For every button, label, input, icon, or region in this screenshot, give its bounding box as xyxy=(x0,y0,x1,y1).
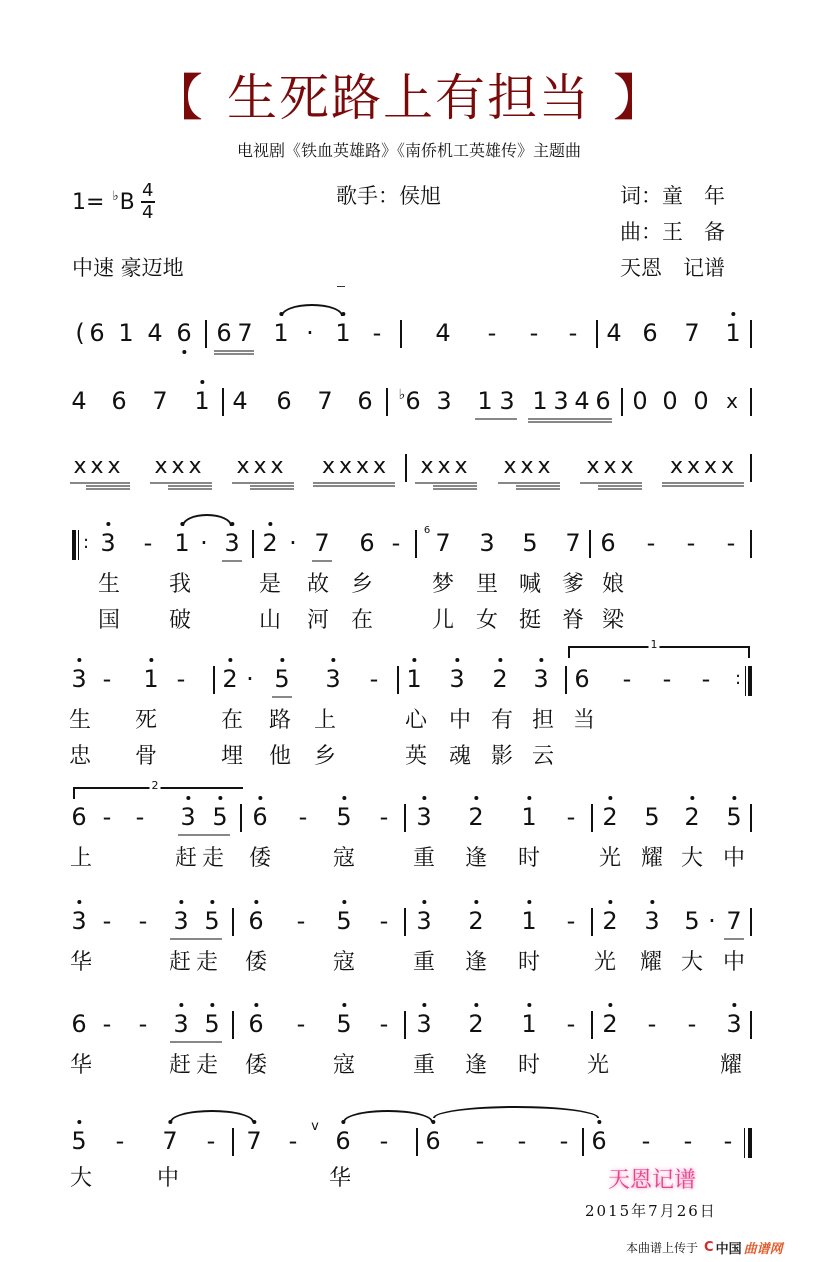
barline xyxy=(750,320,752,348)
note: - xyxy=(488,318,497,348)
lyric: 生 xyxy=(69,708,91,734)
note: - xyxy=(380,802,389,832)
repeat-start-icon xyxy=(72,530,76,560)
lyric: 赶 xyxy=(175,846,197,872)
note: 6 xyxy=(642,318,657,348)
note: 6 xyxy=(248,1009,263,1039)
subtitle: 电视剧《铁血英雄路》《南侨机工英雄传》主题曲 xyxy=(0,138,818,161)
lyric: 有 xyxy=(491,708,513,734)
repeat-start-thin xyxy=(78,530,79,560)
note: · xyxy=(306,318,314,348)
lyric: 大 xyxy=(681,846,703,872)
note: 6 xyxy=(111,386,126,416)
barline xyxy=(232,1011,234,1039)
note: - xyxy=(727,528,736,558)
lyric: 娘 xyxy=(602,572,624,598)
note: 2 xyxy=(492,664,507,694)
underline-double xyxy=(433,485,477,490)
note: - xyxy=(139,1009,148,1039)
note: - xyxy=(103,1009,112,1039)
score-line-2: 4 6 7 1 4 6 7 6 ♭ 6 3 1 3 1 3 4 6 0 0 0 … xyxy=(0,386,818,436)
lyric: 重 xyxy=(413,1053,435,1079)
note: 4 xyxy=(606,318,621,348)
barline xyxy=(621,388,623,416)
note: - xyxy=(642,1126,651,1156)
underline-single xyxy=(222,560,242,562)
note: 2 xyxy=(602,802,617,832)
note: 3 xyxy=(449,664,464,694)
note: 5 xyxy=(684,906,699,936)
note: - xyxy=(567,802,576,832)
time-signature: 4 4 xyxy=(141,182,155,222)
score-line-3: xxx xxx xxx xxxx xxx xxx xxx xxxx xyxy=(0,452,818,502)
lyric: 寇 xyxy=(333,950,355,976)
barline xyxy=(750,530,752,558)
note: 0 xyxy=(632,386,647,416)
lyric: 喊 xyxy=(519,572,541,598)
final-barline-thin xyxy=(744,1128,745,1158)
underline-double xyxy=(598,485,642,490)
note: 5 xyxy=(644,802,659,832)
key-prefix: 1= xyxy=(72,190,104,215)
note: 6 xyxy=(276,386,291,416)
barline xyxy=(565,666,567,694)
lyric: 时 xyxy=(518,950,540,976)
lyric: 重 xyxy=(413,950,435,976)
note: 1 xyxy=(477,386,492,416)
note: - xyxy=(103,802,112,832)
lyric: 重 xyxy=(413,846,435,872)
title-text: 生死路上有担当 xyxy=(227,69,591,127)
note: - xyxy=(702,664,711,694)
underline-single xyxy=(580,482,642,484)
site-logo-red: 曲谱网 xyxy=(744,1238,783,1257)
lyric: 上 xyxy=(70,846,92,872)
note: · xyxy=(708,906,716,936)
song-title: 【生死路上有担当】 xyxy=(0,68,818,128)
barline xyxy=(205,320,207,348)
note: - xyxy=(103,664,112,694)
note: - xyxy=(207,1126,216,1156)
tie-icon xyxy=(433,1106,599,1118)
lyric: 华 xyxy=(329,1166,351,1192)
lyric: 云 xyxy=(532,744,554,770)
note: 6 xyxy=(591,1126,606,1156)
tie-icon xyxy=(281,304,343,316)
lyricist: 词：童 年 xyxy=(620,180,725,210)
underline-double xyxy=(214,350,254,355)
note: - xyxy=(297,906,306,936)
note: - xyxy=(567,906,576,936)
lyric: 在 xyxy=(351,608,373,634)
note: 6 xyxy=(252,802,267,832)
note: 3 xyxy=(173,906,188,936)
note: 7 xyxy=(237,318,252,348)
lyric: 耀 xyxy=(640,950,662,976)
note-group: xxx xyxy=(503,452,554,482)
note: 6 xyxy=(248,906,263,936)
underline-single xyxy=(312,560,332,562)
note: - xyxy=(476,1126,485,1156)
note: 1 xyxy=(143,664,158,694)
note: 3 xyxy=(553,386,568,416)
underline-double xyxy=(250,485,294,490)
time-top: 4 xyxy=(142,182,153,200)
barline xyxy=(222,388,224,416)
note-group: xxxx xyxy=(322,452,390,482)
lyric: 走 xyxy=(196,950,218,976)
volta-1-bracket: 1 xyxy=(568,646,750,658)
lyric: 脊 xyxy=(562,608,584,634)
note: 6 xyxy=(176,318,191,348)
note: 4 xyxy=(71,386,86,416)
lyric: 逢 xyxy=(465,950,487,976)
note: 1 xyxy=(532,386,547,416)
note: - xyxy=(144,528,153,558)
note: x xyxy=(726,386,738,416)
note: 4 xyxy=(147,318,162,348)
tie-icon xyxy=(182,514,232,526)
lyric: 上 xyxy=(314,708,336,734)
barline xyxy=(750,388,752,416)
note: 2 xyxy=(222,664,237,694)
note: - xyxy=(688,1009,697,1039)
lyric: 梦 xyxy=(432,572,454,598)
lyric: 当 xyxy=(573,708,595,734)
note: 5 xyxy=(522,528,537,558)
lyric: 生 xyxy=(98,572,120,598)
score-line-4: : 3 - 1 · 3 2 · 7 6 - 6 7 3 5 7 6 - - - … xyxy=(0,528,818,638)
note: 3 xyxy=(726,1009,741,1039)
note: 6 xyxy=(359,528,374,558)
note: 6 xyxy=(71,802,86,832)
lyric: 破 xyxy=(169,608,191,634)
barline xyxy=(386,388,388,416)
upload-text: 本曲谱上传于 xyxy=(626,1239,698,1256)
barline xyxy=(750,1011,752,1039)
underline-double xyxy=(86,485,130,490)
note: 4 xyxy=(232,386,247,416)
lyric: 心 xyxy=(405,708,427,734)
lyric: 倭 xyxy=(245,950,267,976)
lyric: 倭 xyxy=(249,846,271,872)
composer: 曲：王 备 xyxy=(620,216,725,246)
note: · xyxy=(200,528,208,558)
note: 0 xyxy=(693,386,708,416)
repeat-colon: : xyxy=(83,528,89,558)
note: 7 xyxy=(314,528,329,558)
flat-icon: ♭ xyxy=(399,380,406,410)
lyric: 光 xyxy=(594,950,616,976)
score-line-1: ( 6 1 4 6 6 7 1 · 1 - 4 - - - 4 6 7 1 xyxy=(0,318,818,368)
lyric: 挺 xyxy=(519,608,541,634)
underline-single xyxy=(498,482,560,484)
note: · xyxy=(289,528,297,558)
lyric: 里 xyxy=(476,572,498,598)
lyric: 走 xyxy=(196,1053,218,1079)
lyric: 逢 xyxy=(465,1053,487,1079)
note: - xyxy=(567,1009,576,1039)
lyric: 赶 xyxy=(169,950,191,976)
lyric: 乡 xyxy=(314,744,336,770)
note: - xyxy=(136,802,145,832)
lyric: 华 xyxy=(70,950,92,976)
barline xyxy=(416,1128,418,1156)
lyric: 山 xyxy=(259,608,281,634)
repeat-colon: : xyxy=(735,664,741,694)
note: 3 xyxy=(180,802,195,832)
barline xyxy=(400,320,402,348)
tempo-marking: 中速 豪迈地 xyxy=(72,252,184,282)
note: 6 xyxy=(89,318,104,348)
grace-note: 6 xyxy=(424,526,430,536)
barline xyxy=(750,908,752,936)
note: - xyxy=(648,1009,657,1039)
note: 7 xyxy=(565,528,580,558)
note: 7 xyxy=(162,1126,177,1156)
barline xyxy=(232,908,234,936)
note: 1 xyxy=(335,318,350,348)
underline-single xyxy=(232,482,294,484)
note: 3 xyxy=(479,528,494,558)
lyric: 光 xyxy=(599,846,621,872)
lyric: 故 xyxy=(307,572,329,598)
lyric: 中 xyxy=(723,950,745,976)
lyric: 骨 xyxy=(135,744,157,770)
barline xyxy=(232,1128,234,1156)
note: 6 xyxy=(425,1126,440,1156)
lyric: 时 xyxy=(518,1053,540,1079)
key-note: B xyxy=(120,190,135,215)
site-logo-black: 中国 xyxy=(716,1238,742,1257)
lyric: 梁 xyxy=(602,608,624,634)
note: - xyxy=(518,1126,527,1156)
note: 3 xyxy=(499,386,514,416)
lyric: 埋 xyxy=(221,744,243,770)
barline xyxy=(750,804,752,832)
note: 6 xyxy=(216,318,231,348)
underline-single xyxy=(724,938,744,940)
lyric: 倭 xyxy=(245,1053,267,1079)
lyric: 路 xyxy=(269,708,291,734)
underline-double xyxy=(313,482,395,487)
note: · xyxy=(246,664,254,694)
note: 0 xyxy=(662,386,677,416)
underline-double xyxy=(516,485,560,490)
barline xyxy=(404,908,406,936)
note: 6 xyxy=(600,528,615,558)
underline-double xyxy=(528,418,612,423)
lyric: 寇 xyxy=(333,846,355,872)
note: - xyxy=(299,802,308,832)
note: 7 xyxy=(435,528,450,558)
note: 1 xyxy=(174,528,189,558)
repeat-end-thin xyxy=(745,666,746,696)
underline-single xyxy=(150,482,212,484)
underline-single xyxy=(70,482,130,484)
note: 1 xyxy=(118,318,133,348)
barline xyxy=(415,530,417,558)
underline-single xyxy=(178,834,230,836)
note: 2 xyxy=(684,802,699,832)
lyric: 女 xyxy=(476,608,498,634)
note: - xyxy=(663,664,672,694)
lyric: 河 xyxy=(307,608,329,634)
lyric: 国 xyxy=(98,608,120,634)
note: - xyxy=(116,1126,125,1156)
barline xyxy=(213,666,215,694)
note: - xyxy=(530,318,539,348)
site-logo-icon: C xyxy=(704,1240,714,1255)
note: 4 xyxy=(435,318,450,348)
note: 3 xyxy=(436,386,451,416)
note: ( xyxy=(75,318,84,348)
note: 2 xyxy=(468,906,483,936)
barline xyxy=(596,320,598,348)
note: - xyxy=(560,1126,569,1156)
note: 7 xyxy=(726,906,741,936)
note: 1 xyxy=(725,318,740,348)
underline-double xyxy=(662,482,744,487)
score-line-6: 2 6 - - 3 5 6 - 5 - 3 2 1 - 2 5 2 5 上 赶 … xyxy=(0,802,818,882)
barline xyxy=(591,804,593,832)
note: 1 xyxy=(521,906,536,936)
lyric: 大 xyxy=(681,950,703,976)
score-line-5: 1 3 - 1 - 2 · 5 3 - 1 3 2 3 6 - - - : 生 … xyxy=(0,664,818,774)
note: 6 xyxy=(574,664,589,694)
note: 2 xyxy=(602,906,617,936)
mark-dash xyxy=(337,286,345,287)
lyric: 光 xyxy=(587,1053,609,1079)
lyric: 死 xyxy=(135,708,157,734)
underline-single xyxy=(415,482,477,484)
note-group: xxx xyxy=(154,452,205,482)
note: 3 xyxy=(416,802,431,832)
note: 5 xyxy=(336,802,351,832)
note: - xyxy=(370,664,379,694)
lyric: 乡 xyxy=(351,572,373,598)
note: - xyxy=(139,906,148,936)
upload-credit: 本曲谱上传于 C 中国 曲谱网 xyxy=(626,1238,783,1257)
note: 6 xyxy=(405,386,420,416)
transcriber-signature: 天恩记谱 xyxy=(608,1163,696,1194)
lyric: 逢 xyxy=(465,846,487,872)
score-line-8: 6 - - 3 5 6 - 5 - 3 2 1 - 2 - - 3 华 赶 走 … xyxy=(0,1009,818,1089)
note: - xyxy=(380,1126,389,1156)
note: 3 xyxy=(644,906,659,936)
note: 1 xyxy=(521,802,536,832)
note: 3 xyxy=(533,664,548,694)
note-group: xxx xyxy=(420,452,471,482)
note: - xyxy=(569,318,578,348)
note: 1 xyxy=(194,386,209,416)
lyric: 中 xyxy=(723,846,745,872)
lyric: 华 xyxy=(70,1053,92,1079)
note: - xyxy=(687,528,696,558)
note: 5 xyxy=(274,664,289,694)
note: 3 xyxy=(325,664,340,694)
transcriber: 天恩 记谱 xyxy=(620,252,725,282)
lyric: 是 xyxy=(259,572,281,598)
lyric: 赶 xyxy=(169,1053,191,1079)
note: 1 xyxy=(273,318,288,348)
note: - xyxy=(380,1009,389,1039)
note: 6 xyxy=(335,1126,350,1156)
note: 3 xyxy=(71,906,86,936)
lyric: 走 xyxy=(202,846,224,872)
singer: 歌手：侯旭 xyxy=(336,180,441,210)
lyric: 在 xyxy=(221,708,243,734)
lyric: 魂 xyxy=(449,744,471,770)
barline xyxy=(582,1128,584,1156)
note: 2 xyxy=(468,1009,483,1039)
note: 7 xyxy=(152,386,167,416)
note: 3 xyxy=(71,664,86,694)
barline xyxy=(397,666,399,694)
note: - xyxy=(724,1126,733,1156)
note-group: xxx xyxy=(73,452,124,482)
note: 5 xyxy=(71,1126,86,1156)
final-barline-icon xyxy=(748,1128,752,1158)
note: 7 xyxy=(317,386,332,416)
underline-double xyxy=(168,485,212,490)
note: 5 xyxy=(726,802,741,832)
barline xyxy=(591,908,593,936)
flat-icon: ♭ xyxy=(112,189,118,204)
note-group: xxx xyxy=(236,452,287,482)
time-bottom: 4 xyxy=(142,204,153,222)
barline xyxy=(591,1011,593,1039)
lyric: 影 xyxy=(491,744,513,770)
title-bracket-right: 】 xyxy=(613,68,665,128)
barline xyxy=(252,530,254,558)
note: 5 xyxy=(336,1009,351,1039)
key-signature: 1= ♭ B 4 4 xyxy=(72,182,155,222)
note: 5 xyxy=(204,906,219,936)
note: 6 xyxy=(71,1009,86,1039)
lyric: 爹 xyxy=(562,572,584,598)
note: 3 xyxy=(100,528,115,558)
note: 4 xyxy=(574,386,589,416)
lyric: 英 xyxy=(405,744,427,770)
note: - xyxy=(103,906,112,936)
title-bracket-left: 【 xyxy=(153,68,205,128)
note: 6 xyxy=(595,386,610,416)
note: 2 xyxy=(468,802,483,832)
tie-icon xyxy=(343,1110,433,1122)
note: 5 xyxy=(336,906,351,936)
lyric: 耀 xyxy=(641,846,663,872)
lyric: 时 xyxy=(518,846,540,872)
breath-mark-icon: v xyxy=(311,1112,319,1142)
note: - xyxy=(289,1126,298,1156)
tie-icon xyxy=(170,1110,254,1122)
underline-single xyxy=(170,1041,222,1043)
note: - xyxy=(380,906,389,936)
note: 5 xyxy=(204,1009,219,1039)
note: - xyxy=(647,528,656,558)
note: 3 xyxy=(173,1009,188,1039)
barline xyxy=(404,804,406,832)
lyric: 我 xyxy=(169,572,191,598)
barline xyxy=(589,530,591,558)
note: - xyxy=(373,318,382,348)
lyric: 儿 xyxy=(432,608,454,634)
barline xyxy=(404,1011,406,1039)
site-logo[interactable]: C 中国 曲谱网 xyxy=(704,1238,783,1257)
note: 6 xyxy=(357,386,372,416)
note: 5 xyxy=(212,802,227,832)
